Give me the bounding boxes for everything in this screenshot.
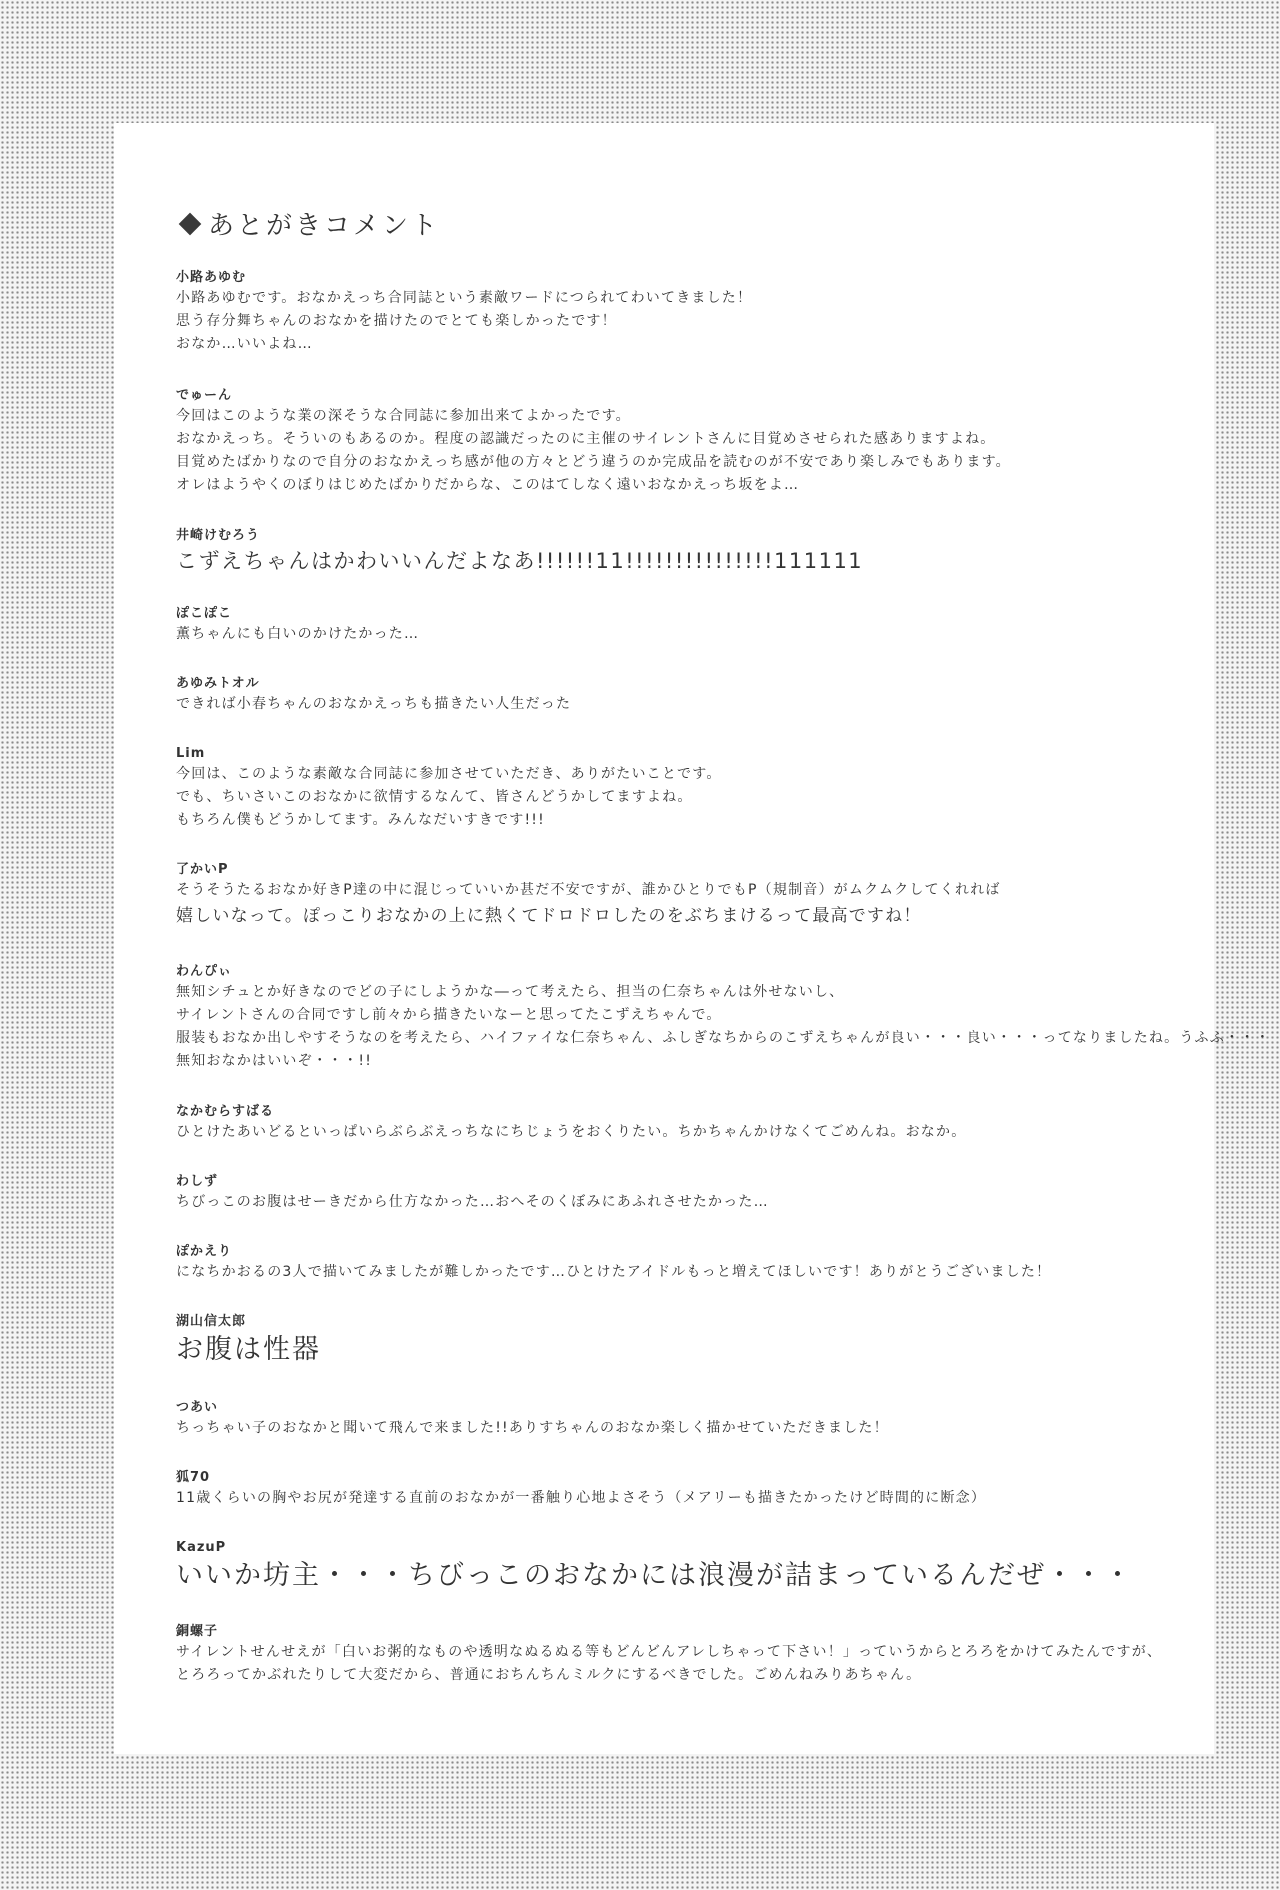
comment-entry: Lim 今回は、このような素敵な合同誌に参加させていただき、ありがたいことです。… — [176, 745, 722, 832]
comment-author: わんぴぃ — [176, 963, 1271, 981]
comment-entry: KazuP いいか坊主・・・ちびっこのおなかには浪漫が詰まっているんだぜ・・・ — [176, 1539, 1133, 1595]
comment-entry: 小路あゆむ 小路あゆむです。おなかえっち合同誌という素敵ワードにつられてわいてき… — [176, 269, 752, 356]
comment-line: 小路あゆむです。おなかえっち合同誌という素敵ワードにつられてわいてきました！ — [176, 287, 752, 310]
comment-author: 井崎けむろう — [176, 527, 863, 545]
comment-line: もちろん僕もどうかしてます。みんなだいすきです!!! — [176, 809, 722, 832]
comment-entry: 湖山信太郎 お腹は性器 — [176, 1313, 321, 1369]
comment-author: つあい — [176, 1399, 889, 1417]
comment-author: なかむらすばる — [176, 1103, 966, 1121]
comment-author: 狐70 — [176, 1469, 986, 1487]
comment-entry: わんぴぃ 無知シチュとか好きなのでどの子にしようかな―って考えたら、担当の仁奈ち… — [176, 963, 1271, 1073]
comment-line: おなかえっち。そういのもあるのか。程度の認識だったのに主催のサイレントさんに目覚… — [176, 428, 1011, 451]
comment-line: 薫ちゃんにも白いのかけたかった… — [176, 623, 419, 646]
comment-line: オレはようやくのぼりはじめたばかりだからな、このはてしなく遠いおなかえっち坂をよ… — [176, 474, 1011, 497]
comment-entry: 井崎けむろう こずえちゃんはかわいいんだよなあ!!!!!!11!!!!!!!!!… — [176, 527, 863, 577]
comment-line: サイレントさんの合同ですし前々から描きたいなーと思ってたこずえちゃんで。 — [176, 1004, 1271, 1027]
comment-author: 銅螺子 — [176, 1623, 1162, 1641]
comment-entry: 銅螺子 サイレントせんせえが「白いお粥的なものや透明なぬるぬる等もどんどんアレし… — [176, 1623, 1162, 1687]
comment-line: 無知おなかはいいぞ・・・!! — [176, 1050, 1271, 1073]
comment-entry: あゆみトオル できれば小春ちゃんのおなかえっちも描きたい人生だった — [176, 675, 571, 716]
page-title: あとがきコメント — [176, 205, 440, 242]
comment-entry: なかむらすばる ひとけたあいどるといっぱいらぶらぶえっちなにちじょうをおくりたい… — [176, 1103, 966, 1144]
diamond-icon — [179, 212, 202, 235]
comment-author: 小路あゆむ — [176, 269, 752, 287]
comment-author: KazuP — [176, 1539, 1133, 1557]
comment-line: になちかおるの3人で描いてみましたが難しかったです…ひとけたアイドルもっと増えて… — [176, 1261, 1051, 1284]
comment-author: ぽかえり — [176, 1243, 1051, 1261]
comment-entry: つあい ちっちゃい子のおなかと聞いて飛んで来ました!!ありすちゃんのおなか楽しく… — [176, 1399, 889, 1440]
comment-line: できれば小春ちゃんのおなかえっちも描きたい人生だった — [176, 693, 571, 716]
comment-entry: ぽこぽこ 薫ちゃんにも白いのかけたかった… — [176, 605, 419, 646]
comment-line: 11歳くらいの胸やお尻が発達する直前のおなかが一番触り心地よさそう（メアリーも描… — [176, 1487, 986, 1510]
comment-line: 目覚めたばかりなので自分のおなかえっち感が他の方々とどう違うのか完成品を読むのが… — [176, 451, 1011, 474]
comment-author: Lim — [176, 745, 722, 763]
comment-author: ぽこぽこ — [176, 605, 419, 623]
comment-author: わしず — [176, 1173, 769, 1191]
comment-entry: ぽかえり になちかおるの3人で描いてみましたが難しかったです…ひとけたアイドルも… — [176, 1243, 1051, 1284]
afterword-page: あとがきコメント 小路あゆむ 小路あゆむです。おなかえっち合同誌という素敵ワード… — [114, 123, 1214, 1754]
comment-entry: でゅーん 今回はこのような業の深そうな合同誌に参加出来てよかったです。 おなかえ… — [176, 387, 1011, 497]
comment-entry: 狐70 11歳くらいの胸やお尻が発達する直前のおなかが一番触り心地よさそう（メア… — [176, 1469, 986, 1510]
comment-line: こずえちゃんはかわいいんだよなあ!!!!!!11!!!!!!!!!!!!!!!1… — [176, 545, 863, 577]
comment-line: そうそうたるおなか好きP達の中に混じっていいか甚だ不安ですが、誰かひとりでもP（… — [176, 879, 1001, 902]
comment-line: おなか…いいよね… — [176, 333, 752, 356]
comment-line: 服装もおなか出しやすそうなのを考えたら、ハイファイな仁奈ちゃん、ふしぎなちからの… — [176, 1027, 1271, 1050]
comment-line: 思う存分舞ちゃんのおなかを描けたのでとても楽しかったです！ — [176, 310, 752, 333]
comment-author: 了かいP — [176, 861, 1001, 879]
comment-author: あゆみトオル — [176, 675, 571, 693]
comment-line: 今回は、このような素敵な合同誌に参加させていただき、ありがたいことです。 — [176, 763, 722, 786]
comment-author: でゅーん — [176, 387, 1011, 405]
page-title-text: あとがきコメント — [208, 205, 440, 242]
comment-line: ひとけたあいどるといっぱいらぶらぶえっちなにちじょうをおくりたい。ちかちゃんかけ… — [176, 1121, 966, 1144]
comment-entry: 了かいP そうそうたるおなか好きP達の中に混じっていいか甚だ不安ですが、誰かひと… — [176, 861, 1001, 930]
comment-author: 湖山信太郎 — [176, 1313, 321, 1331]
comment-line: 無知シチュとか好きなのでどの子にしようかな―って考えたら、担当の仁奈ちゃんは外せ… — [176, 981, 1271, 1004]
comment-line: ちっちゃい子のおなかと聞いて飛んで来ました!!ありすちゃんのおなか楽しく描かせて… — [176, 1417, 889, 1440]
comment-line: でも、ちいさいこのおなかに欲情するなんて、皆さんどうかしてますよね。 — [176, 786, 722, 809]
comment-line: 今回はこのような業の深そうな合同誌に参加出来てよかったです。 — [176, 405, 1011, 428]
comment-line: いいか坊主・・・ちびっこのおなかには浪漫が詰まっているんだぜ・・・ — [176, 1557, 1133, 1595]
comment-entry: わしず ちびっこのお腹はせーきだから仕方なかった…おへそのくぼみにあふれさせたか… — [176, 1173, 769, 1214]
comment-line: 嬉しいなって。ぽっこりおなかの上に熱くてドロドロしたのをぶちまけるって最高ですね… — [176, 902, 1001, 930]
comment-line: ちびっこのお腹はせーきだから仕方なかった…おへそのくぼみにあふれさせたかった… — [176, 1191, 769, 1214]
comment-line: お腹は性器 — [176, 1331, 321, 1369]
comment-line: サイレントせんせえが「白いお粥的なものや透明なぬるぬる等もどんどんアレしちゃって… — [176, 1641, 1162, 1664]
comment-line: とろろってかぶれたりして大変だから、普通におちんちんミルクにするべきでした。ごめ… — [176, 1664, 1162, 1687]
